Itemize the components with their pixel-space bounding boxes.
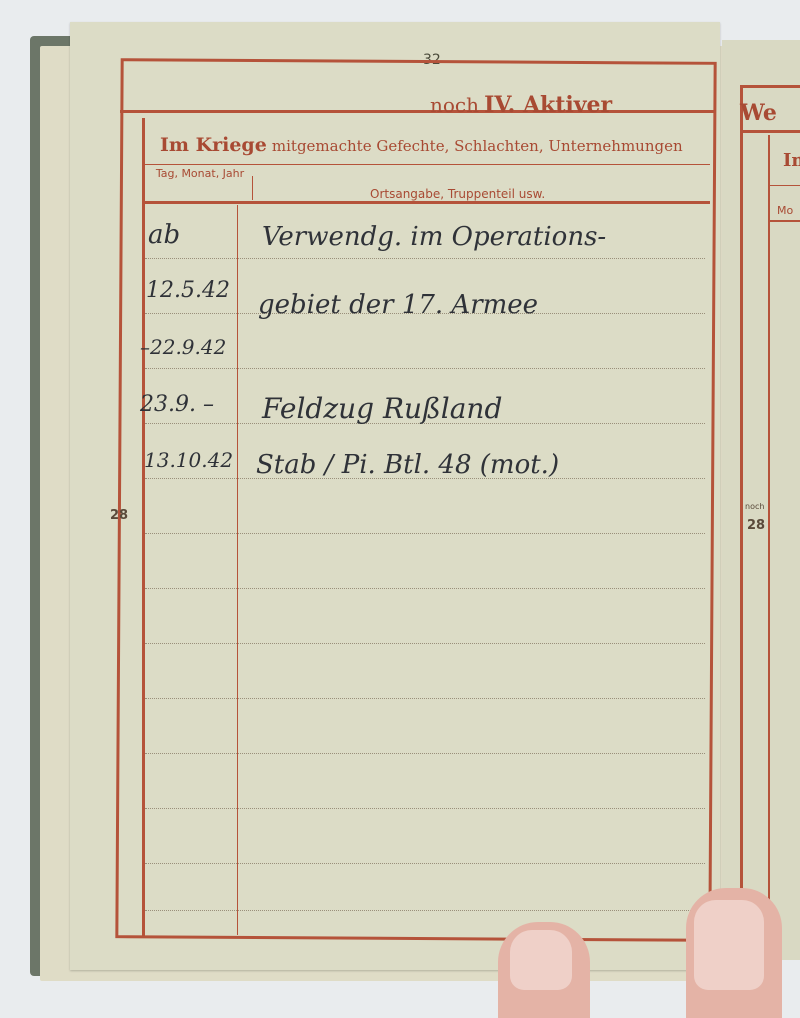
row-line	[145, 258, 705, 259]
section-title: Im Kriege mitgemachte Gefechte, Schlacht…	[160, 134, 683, 156]
margin-number: 28	[110, 508, 128, 523]
table-header-divider	[145, 201, 710, 204]
entry-date: 12.5.42	[146, 278, 230, 303]
fingernail	[694, 900, 764, 990]
right-page-header-divider	[740, 130, 800, 133]
margin-border	[142, 118, 145, 938]
entry-date: 13.10.42	[144, 448, 233, 472]
column-divider	[237, 205, 238, 935]
column-header-place: Ortsangabe, Truppenteil usw.	[370, 187, 545, 201]
entry-text: Verwendg. im Operations-	[262, 222, 606, 252]
right-page-title: We	[740, 100, 777, 126]
header-divider	[120, 110, 714, 113]
header-col-divider	[252, 176, 253, 200]
right-page-column-header: Mo	[777, 204, 793, 217]
row-line	[145, 753, 705, 754]
page-title: noch IV. Aktiver	[430, 92, 612, 118]
title-main: IV. Aktiver	[484, 92, 612, 118]
section-title-bold: Im Kriege	[160, 134, 267, 156]
right-page-divider	[770, 185, 800, 186]
section-divider	[145, 164, 710, 165]
entry-date: –22.9.42	[140, 335, 226, 359]
row-line	[145, 588, 705, 589]
entry-text: Feldzug Rußland	[262, 392, 502, 425]
entry-date: ab	[148, 220, 180, 250]
row-line	[145, 808, 705, 809]
column-header-date: Tag, Monat, Jahr	[150, 168, 250, 180]
row-line	[145, 643, 705, 644]
row-line	[145, 698, 705, 699]
entry-text: Stab / Pi. Btl. 48 (mot.)	[256, 450, 559, 480]
right-page-section-title: Im	[783, 150, 800, 171]
row-line	[145, 533, 705, 534]
row-line	[145, 863, 705, 864]
right-page-margin-prefix: noch	[745, 502, 764, 511]
entry-text: gebiet der 17. Armee	[258, 290, 538, 320]
title-prefix: noch	[430, 93, 479, 117]
section-title-rest: mitgemachte Gefechte, Schlachten, Untern…	[272, 137, 683, 155]
row-line	[145, 910, 705, 911]
right-page-margin-border	[768, 135, 770, 935]
entry-date: 23.9. –	[140, 392, 214, 417]
right-page-margin-number: 28	[747, 518, 765, 533]
row-line	[145, 368, 705, 369]
right-page-table-divider	[770, 220, 800, 222]
thumbnail	[510, 930, 572, 990]
